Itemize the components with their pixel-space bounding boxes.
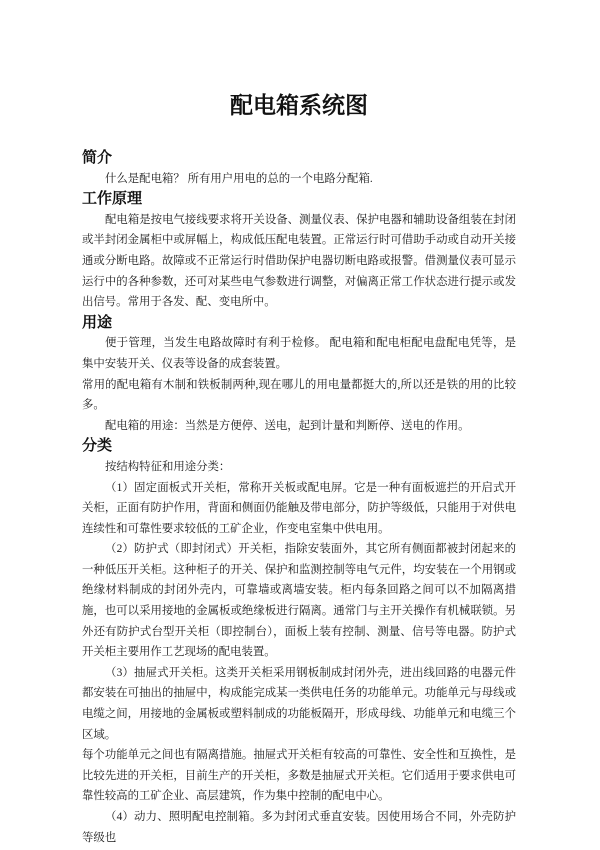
body-paragraph: 每个功能单元之间也有隔离措施。抽屉式开关柜有较高的可靠性、安全性和互换性，是比较… (82, 745, 516, 807)
body-paragraph: （3）抽屉式开关柜。这类开关柜采用钢板制成封闭外壳，进出线回路的电器元件都安装在… (82, 663, 516, 745)
body-paragraph: 什么是配电箱？ 所有用户用电的总的一个电路分配箱. (82, 169, 516, 190)
body-paragraph: （2）防护式（即封闭式）开关柜，指除安装面外，其它所有侧面都被封闭起来的一种低压… (82, 539, 516, 663)
document-page: 配电箱系统图 简介什么是配电箱？ 所有用户用电的总的一个电路分配箱.工作原理配电… (0, 0, 600, 850)
body-paragraph: 便于管理，当发生电路故障时有利于检修。 配电箱和配电柜配电盘配电凭等，是集中安装… (82, 333, 516, 374)
document-title: 配电箱系统图 (82, 90, 516, 120)
body-paragraph: 配电箱是按电气接线要求将开关设备、测量仪表、保护电器和辅助设备组装在封闭或半封闭… (82, 210, 516, 313)
body-paragraph: 配电箱的用途：当然是方便停、送电，起到计量和判断停、送电的作用。 (82, 416, 516, 437)
document-body: 简介什么是配电箱？ 所有用户用电的总的一个电路分配箱.工作原理配电箱是按电气接线… (82, 148, 516, 848)
body-paragraph: 常用的配电箱有木制和铁板制两种,现在哪儿的用电量都挺大的,所以还是铁的用的比较多… (82, 375, 516, 416)
section-heading: 用途 (82, 313, 516, 334)
section-heading: 简介 (82, 148, 516, 169)
body-paragraph: 按结构特征和用途分类： (82, 457, 516, 478)
section-heading: 工作原理 (82, 189, 516, 210)
document-content: 配电箱系统图 简介什么是配电箱？ 所有用户用电的总的一个电路分配箱.工作原理配电… (0, 0, 600, 848)
section-heading: 分类 (82, 436, 516, 457)
body-paragraph: （4）动力、照明配电控制箱。多为封闭式垂直安装。因使用场合不同，外壳防护等级也 (82, 807, 516, 848)
body-paragraph: （1）固定面板式开关柜，常称开关板或配电屏。它是一种有面板遮拦的开启式开关柜，正… (82, 478, 516, 540)
